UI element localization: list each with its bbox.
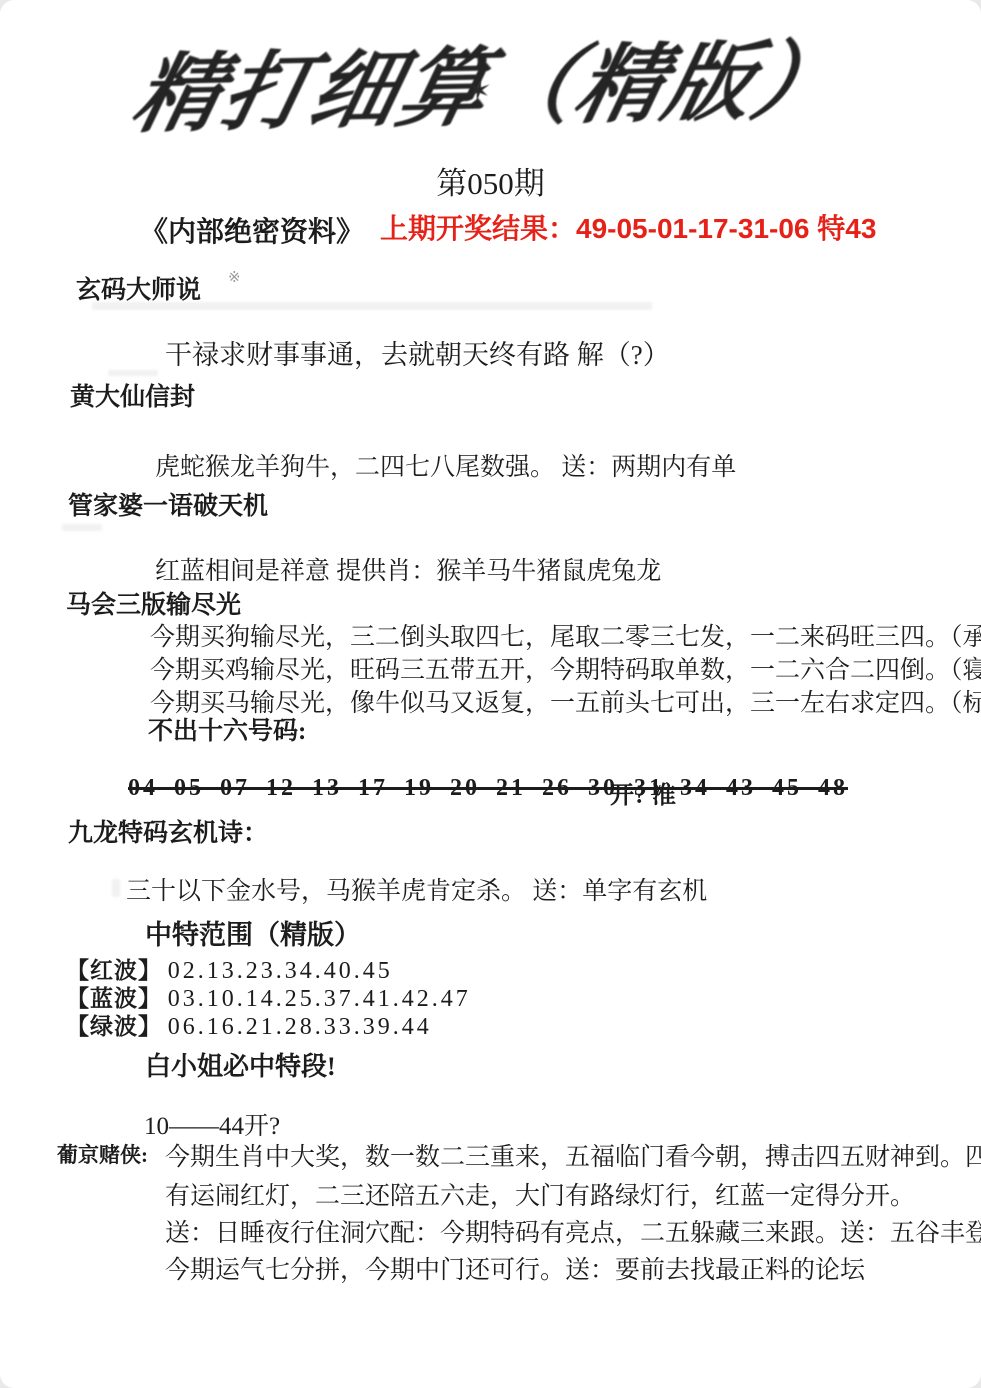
scan-artifact (112, 879, 120, 897)
section-heading-huangdaxian: 黄大仙信封 (70, 377, 195, 413)
pujing-line: 今期运气七分拼，今期中门还可行。送：要前去找最正料的论坛 (165, 1250, 865, 1286)
section-heading-sixteen-numbers: 不出十六号码: (148, 711, 306, 747)
guanjiapo-poem: 红蓝相间是祥意 提供肖：猴羊马牛猪鼠虎兔龙 (155, 551, 661, 587)
wave-row-green: 【绿波】 06.16.21.28.33.39.44 (66, 1008, 432, 1041)
xuanma-master-poem: 干禄求财事事通，去就朝天终有路 解（?） (165, 333, 670, 372)
secret-material-label: 《内部绝密资料》 (140, 210, 364, 250)
pujing-line: 有运闹红灯，二三还陪五六走，大门有路绿灯行，红蓝一定得分开。 (165, 1176, 915, 1212)
section-heading-baixiaojie: 白小姐必中特段! (145, 1046, 336, 1083)
scanned-lottery-tipsheet: 精打细算（精版） ✶ 第050期 《内部绝密资料》 上期开奖结果：49-05-0… (0, 0, 981, 1388)
reference-mark-icon: ※ (228, 268, 241, 287)
last-draw-result: 上期开奖结果：49-05-01-17-31-06 特43 (380, 207, 876, 247)
open-verdict-text: 开? 准 (610, 775, 676, 810)
mahui-line: 今期买狗输尽光，三二倒头取四七，尾取二零三七发，一二来码旺三四。（承） (150, 617, 981, 653)
green-wave-label: 【绿波】 (66, 1014, 162, 1039)
huangdaxian-poem: 虎蛇猴龙羊狗牛，二四七八尾数强。 送：两期内有单 (155, 447, 736, 483)
issue-number: 第050期 (0, 158, 981, 203)
mahui-line: 今期买鸡输尽光，旺码三五带五开，今期特码取单数，一二六合二四倒。（寝） (150, 650, 981, 686)
pujing-line: 今期生肖中大奖，数一数二三重来，五福临门看今朝，搏击四五财神到。四七 (165, 1137, 981, 1173)
section-heading-jiulong: 九龙特码玄机诗： (68, 813, 268, 849)
scan-artifact (108, 370, 158, 376)
section-heading-xuanma-master: 玄码大师说 (76, 270, 201, 306)
scan-artifact (62, 524, 102, 531)
pujing-gambler-label: 葡京赌侠: (57, 1139, 148, 1169)
struck-out-numbers: 04 05 07 12 13 17 19 20 21 26 30 31 34 4… (128, 775, 848, 802)
section-heading-guanjiapo: 管家婆一语破天机 (68, 486, 268, 522)
section-heading-zhongte-range: 中特范围（精版） (145, 913, 361, 952)
section-heading-mahui: 马会三版输尽光 (66, 585, 241, 621)
scan-artifact (92, 302, 652, 310)
pujing-line: 送：日睡夜行住洞穴配：今期特码有亮点，二五躲藏三来跟。送：五谷丰登。 (165, 1213, 981, 1249)
jiulong-poem: 三十以下金水号，马猴羊虎肯定杀。 送：单字有玄机 (126, 871, 707, 907)
green-wave-numbers: 06.16.21.28.33.39.44 (168, 1014, 432, 1040)
